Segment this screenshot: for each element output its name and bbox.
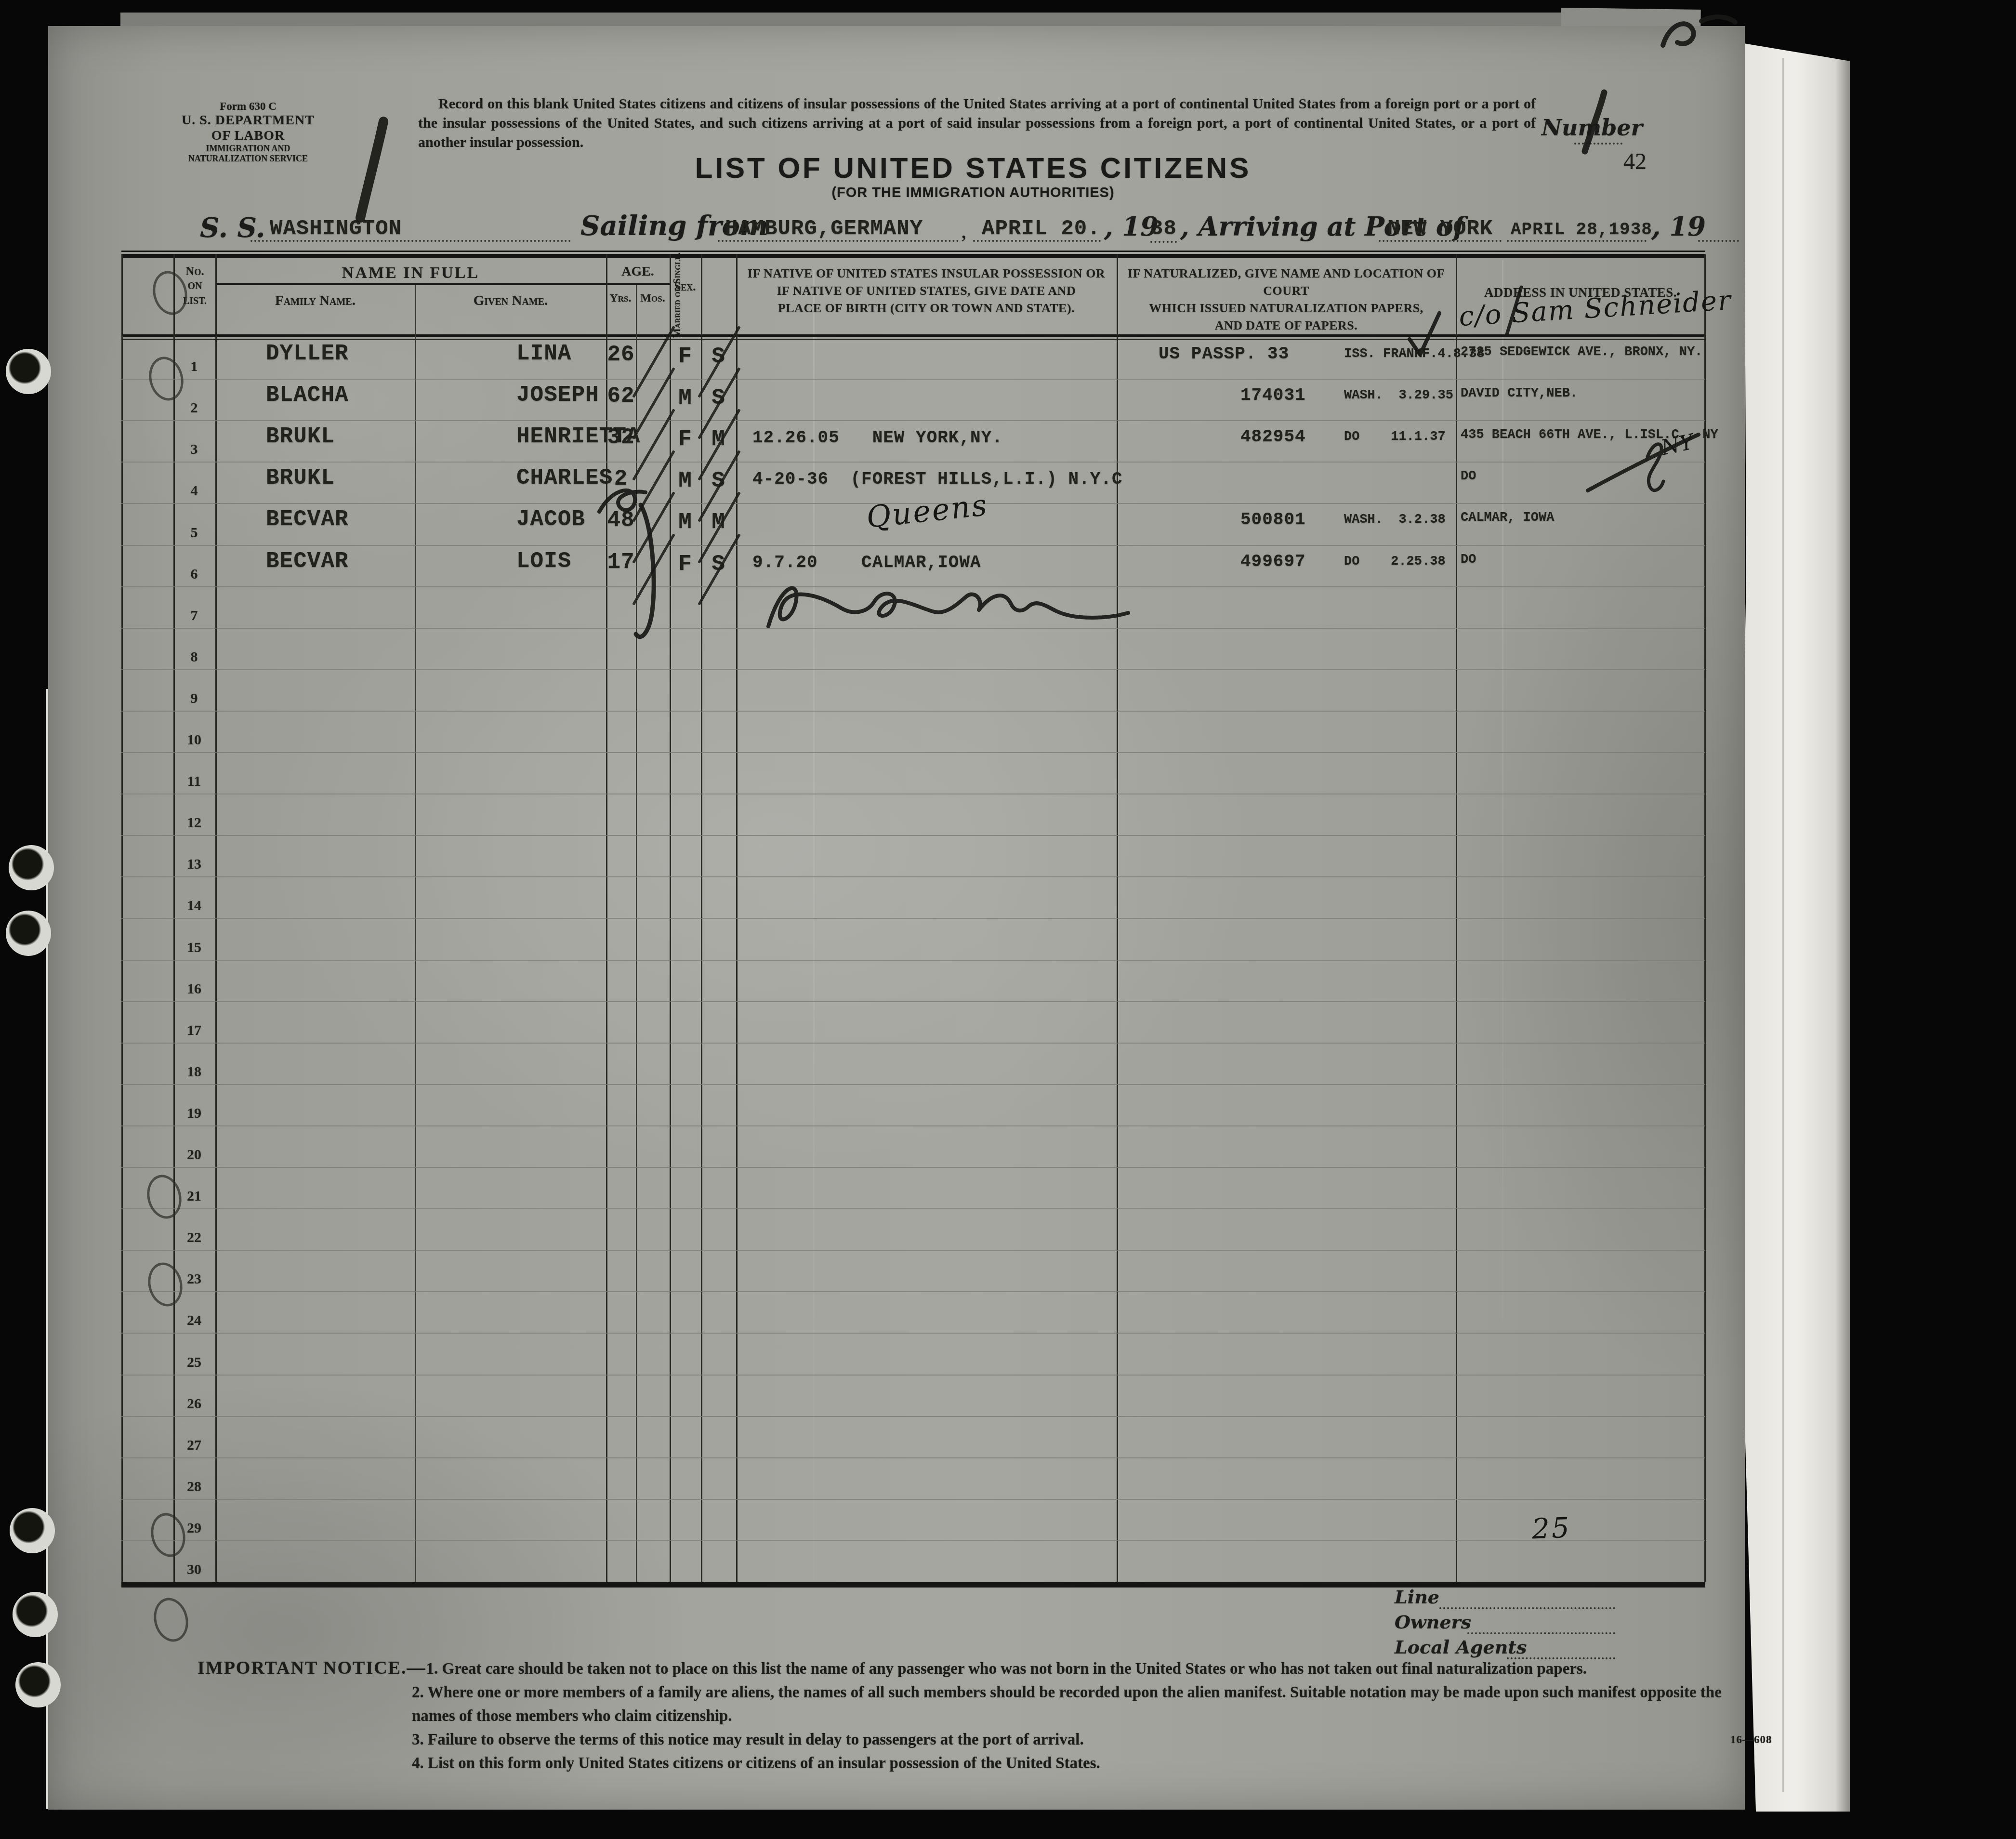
address-cell: 2725 SEDGEWICK AVE., BRONX, NY.: [1461, 345, 1702, 359]
notice-heading: IMPORTANT NOTICE.—: [198, 1658, 426, 1678]
row-number: 2: [173, 400, 215, 416]
age-years-cell: 62: [605, 384, 637, 409]
row-number: 28: [173, 1479, 215, 1495]
header-bottom-rule-2: [121, 339, 1705, 340]
age-years-cell: 26: [605, 342, 637, 367]
sex-cell: M: [670, 385, 701, 410]
local-agents-label: Local Agents: [1395, 1636, 1527, 1658]
row-number: 14: [173, 898, 215, 914]
row-separator: [121, 1499, 1705, 1500]
notice-item-4: 4. List on this form only United States …: [412, 1752, 1753, 1775]
naturalization-court-cell: DO 2.25.38: [1344, 555, 1446, 569]
row-number: 25: [173, 1354, 215, 1371]
age-years-cell: 32: [605, 425, 637, 450]
family-name-cell: DYLLER: [266, 341, 349, 366]
address-cell: DO: [1461, 553, 1476, 567]
row-separator: [121, 835, 1705, 836]
row-number: 15: [173, 939, 215, 956]
table-body: 1DYLLERLINA26FSUS PASSP. 33ISS. FRANKF.4…: [0, 0, 2016, 1839]
punch-hole: [6, 349, 51, 394]
row-number: 4: [173, 483, 215, 499]
row-separator: [121, 545, 1705, 546]
row-separator: [121, 1208, 1705, 1209]
row-number: 6: [173, 566, 215, 582]
sex-cell: M: [670, 510, 701, 535]
row-number: 7: [173, 608, 215, 624]
row-number: 20: [173, 1147, 215, 1163]
pencil-check-slash: [632, 533, 675, 605]
row-separator: [121, 876, 1705, 877]
header-bottom-rule: [121, 334, 1705, 337]
row-separator: [121, 1457, 1705, 1458]
row-separator: [121, 752, 1705, 753]
row-separator: [121, 1250, 1705, 1251]
table-bottom-rule: [121, 1582, 1705, 1588]
row-number: 9: [173, 690, 215, 707]
table-top-rule: [121, 254, 1705, 258]
family-name-cell: BRUKL: [266, 465, 335, 490]
row-separator: [121, 1540, 1705, 1541]
punch-hole: [15, 1662, 61, 1707]
pencil-check-slash: [632, 491, 675, 564]
given-name-cell: LOIS: [516, 549, 571, 574]
row-number: 16: [173, 981, 215, 997]
row-separator: [121, 420, 1705, 421]
row-separator: [121, 918, 1705, 919]
age-years-cell: 17: [605, 550, 637, 575]
address-cell: DAVID CITY,NEB.: [1461, 386, 1578, 401]
sex-cell: M: [670, 468, 701, 493]
row-number: 12: [173, 815, 215, 831]
scanned-manifest-page: Form 630 C U. S. DEPARTMENT OF LABOR IMM…: [0, 0, 2016, 1839]
sex-cell: F: [670, 552, 701, 577]
row-separator: [121, 462, 1705, 463]
table-grid-line: [415, 285, 416, 1582]
owners-leader: [1467, 1632, 1615, 1634]
punch-hole: [9, 845, 54, 890]
given-name-cell: LINA: [516, 341, 571, 366]
notice-item-1: 1. Great care should be taken not to pla…: [426, 1660, 1587, 1678]
sex-cell: F: [670, 427, 701, 452]
name-age-subrule: [215, 283, 670, 285]
table-top-rule-thin: [121, 251, 1705, 252]
row-separator: [121, 628, 1705, 629]
stock-number: 16—608: [1730, 1733, 1772, 1746]
notice-line-1: IMPORTANT NOTICE.—1. Great care should b…: [198, 1656, 1753, 1681]
row-number: 17: [173, 1022, 215, 1039]
given-name-cell: JACOB: [516, 507, 585, 532]
row-separator: [121, 1125, 1705, 1126]
row-number: 27: [173, 1437, 215, 1454]
row-number: 18: [173, 1064, 215, 1080]
row-separator: [121, 1167, 1705, 1168]
row-separator: [121, 794, 1705, 794]
important-notice: IMPORTANT NOTICE.—1. Great care should b…: [198, 1656, 1753, 1775]
row-number: 11: [173, 773, 215, 790]
naturalization-number-cell: 482954: [1240, 427, 1306, 447]
address-cell: DO: [1461, 469, 1476, 484]
naturalization-court-cell: DO 11.1.37: [1344, 430, 1446, 444]
row-separator: [121, 1333, 1705, 1334]
address-cell: CALMAR, IOWA: [1461, 511, 1554, 525]
family-name-cell: BECVAR: [266, 507, 349, 532]
birth-cell: 9.7.20 CALMAR,IOWA: [752, 553, 981, 572]
row-number: 3: [173, 441, 215, 458]
naturalization-number-cell: US PASSP. 33: [1159, 344, 1289, 364]
sex-cell: F: [670, 344, 701, 369]
age-years-cell: 2: [605, 466, 637, 491]
row-separator: [121, 1001, 1705, 1002]
row-number: 13: [173, 856, 215, 873]
line-leader: [1439, 1607, 1615, 1609]
notice-item-3: 3. Failure to observe the terms of this …: [412, 1728, 1753, 1752]
punch-hole: [13, 1592, 58, 1637]
given-name-cell: CHARLES: [516, 465, 613, 490]
row-number: 10: [173, 732, 215, 748]
row-number: 19: [173, 1105, 215, 1122]
row-number: 22: [173, 1230, 215, 1246]
given-name-cell: JOSEPH: [516, 383, 599, 408]
row-number: 26: [173, 1396, 215, 1412]
row-separator: [121, 711, 1705, 712]
pencil-check-slash: [632, 450, 675, 522]
punch-hole: [10, 1508, 55, 1553]
row-separator: [121, 1375, 1705, 1376]
naturalization-number-cell: 499697: [1240, 552, 1306, 571]
row-separator: [121, 1043, 1705, 1044]
notice-item-2: 2. Where one or more members of a family…: [412, 1681, 1753, 1728]
row-number: 8: [173, 649, 215, 665]
row-number: 30: [173, 1561, 215, 1578]
family-name-cell: BRUKL: [266, 424, 335, 449]
line-label: Line: [1395, 1586, 1439, 1608]
row-number: 5: [173, 525, 215, 541]
row-separator: [121, 1416, 1705, 1417]
birth-cell: 12.26.05 NEW YORK,NY.: [752, 428, 1003, 448]
row-separator: [121, 669, 1705, 670]
birth-cell: 4-20-36 (FOREST HILLS,L.I.) N.Y.C: [752, 469, 1123, 489]
row-separator: [121, 586, 1705, 587]
family-name-cell: BLACHA: [266, 383, 349, 408]
family-name-cell: BECVAR: [266, 549, 349, 574]
row-separator: [121, 960, 1705, 961]
pencil-page-note: 25: [1531, 1511, 1572, 1546]
owners-label: Owners: [1395, 1611, 1471, 1633]
naturalization-court-cell: WASH. 3.29.35: [1344, 388, 1453, 403]
naturalization-number-cell: 500801: [1240, 510, 1306, 529]
row-separator: [121, 379, 1705, 380]
naturalization-number-cell: 174031: [1240, 385, 1306, 405]
row-separator: [121, 1084, 1705, 1085]
row-separator: [121, 1291, 1705, 1292]
row-number: 24: [173, 1312, 215, 1329]
age-years-cell: 48: [605, 508, 637, 533]
punch-hole: [6, 911, 51, 956]
naturalization-court-cell: WASH. 3.2.38: [1344, 513, 1446, 527]
